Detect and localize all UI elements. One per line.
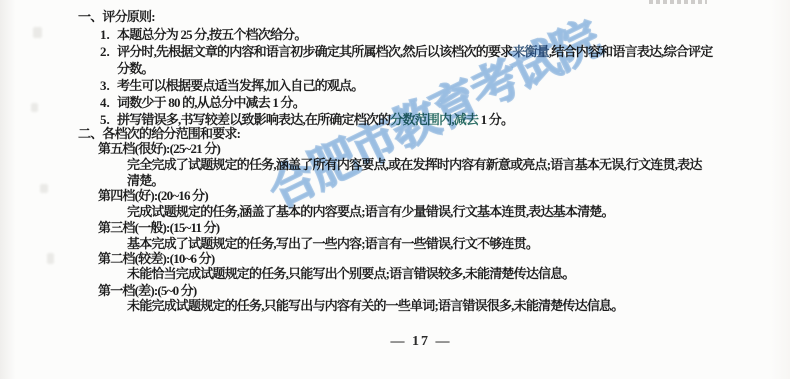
section2-heading: 二、各档次的给分范围和要求: — [78, 126, 240, 141]
item-text: 1 分。 — [478, 112, 513, 127]
item-text: 评分时,先根据文章的内容和语言初步确定其所属档次,然后以该档次的要求 — [117, 44, 512, 59]
cropped-header-artifact — [649, 0, 707, 4]
page-number: — 17 — — [26, 334, 790, 350]
principle-item-1: 1.本题总分为 25 分,按五个档次给分。 — [100, 27, 307, 42]
principle-item-2: 2.评分时,先根据文章的内容和语言初步确定其所属档次,然后以该档次的要求来衡量,… — [100, 44, 712, 59]
item-number: 3. — [100, 78, 117, 93]
item-text: 本题总分为 25 分,按五个档次给分。 — [117, 27, 307, 42]
section1-heading: 一、评分原则: — [78, 9, 155, 24]
band4-desc: 完成试题规定的任务,涵盖了基本的内容要点;语言有少量错误,行文基本连贯,表达基本… — [127, 204, 614, 219]
band5-desc: 完全完成了试题规定的任务,涵盖了所有内容要点,或在发挥时内容有新意或亮点;语言基… — [127, 157, 702, 172]
item-number: 5. — [100, 112, 117, 127]
scan-smudge — [47, 253, 54, 264]
band2-desc: 未能恰当完成试题规定的任务,只能写出个别要点;语言错误较多,未能清楚传达信息。 — [127, 266, 575, 281]
item-number: 1. — [100, 27, 117, 42]
band5-desc-continuation: 清楚。 — [127, 173, 164, 188]
band1-desc: 未能完成试题规定的任务,只能写出与内容有关的一些单词;语言错误很多,未能清楚传达… — [127, 298, 623, 313]
scan-smudge — [33, 27, 42, 38]
band5-title: 第五档(很好):(25~21 分) — [98, 141, 220, 156]
band1-title: 第一档(差):(5~0 分) — [98, 283, 196, 298]
principle-item-5: 5.拼写错误多,书写较差以致影响表达,在所确定档次的分数范围内,减去 1 分。 — [100, 112, 513, 127]
item-text: ,结合内容和语言表达,综合评定 — [549, 44, 713, 59]
item-text: 拼写错误多,书写较差以致影响表达,在所确定档次的 — [117, 112, 390, 127]
band2-title: 第二档(较差):(10~6 分) — [98, 251, 214, 266]
item-text: 考生可以根据要点适当发挥,加入自己的观点。 — [117, 78, 363, 93]
principle-item-3: 3.考生可以根据要点适当发挥,加入自己的观点。 — [100, 78, 363, 93]
scan-smudge — [31, 103, 38, 112]
scanned-document-page: 一、评分原则: 1.本题总分为 25 分,按五个档次给分。 2.评分时,先根据文… — [0, 0, 790, 379]
item-text: 词数少于 80 的,从总分中减去 1 分。 — [117, 95, 305, 110]
principle-item-2-continuation: 分数。 — [117, 61, 154, 76]
band3-desc: 基本完成了试题规定的任务,写出了一些内容;语言有一些错误,行文不够连贯。 — [127, 236, 538, 251]
item-number: 2. — [100, 44, 117, 59]
band4-title: 第四档(好):(20~16 分) — [98, 188, 208, 203]
band3-title: 第三档(一般):(15~11 分) — [98, 220, 219, 235]
scan-smudge — [40, 184, 48, 193]
principle-item-4: 4.词数少于 80 的,从总分中减去 1 分。 — [100, 95, 305, 110]
item-text-watermark-tinted: 来衡量 — [512, 44, 549, 59]
item-number: 4. — [100, 95, 117, 110]
item-text-watermark-tinted: 分数范围内,减去 — [390, 112, 478, 127]
